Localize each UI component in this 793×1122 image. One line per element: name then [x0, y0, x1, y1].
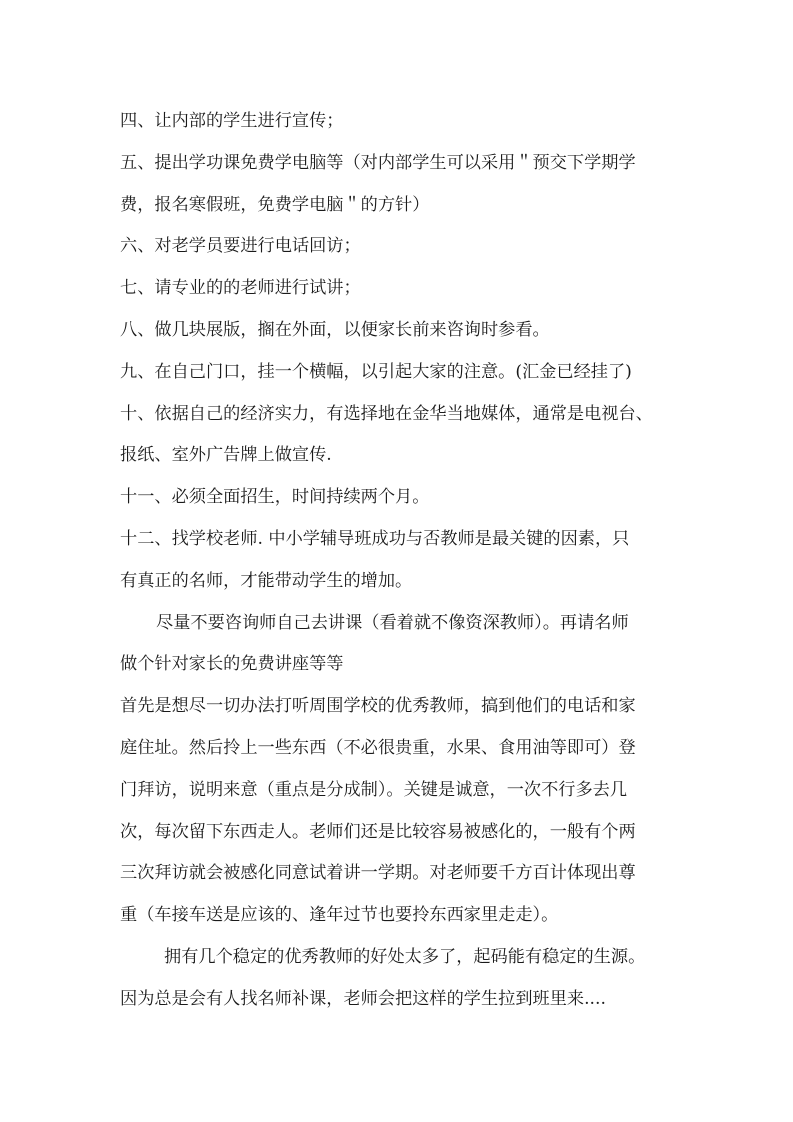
paragraph-2-line-4: 次，每次留下东西走人。老师们还是比较容易被感化的，一般有个两	[120, 812, 680, 854]
list-item-4: 四、让内部的学生进行宣传；	[120, 101, 680, 143]
list-item-11: 十一、必须全面招生，时间持续两个月。	[120, 477, 680, 519]
list-item-5: 五、提出学功课免费学电脑等（对内部学生可以采用＂预交下学期学	[120, 143, 680, 185]
list-item-7: 七、请专业的的老师进行试讲；	[120, 268, 680, 310]
paragraph-3-line-2: 因为总是会有人找名师补课，老师会把这样的学生拉到班里来....	[120, 979, 680, 1021]
list-item-5-cont: 费，报名寒假班，免费学电脑＂的方针）	[120, 185, 680, 227]
list-item-6: 六、对老学员要进行电话回访；	[120, 226, 680, 268]
document-page: 四、让内部的学生进行宣传； 五、提出学功课免费学电脑等（对内部学生可以采用＂预交…	[0, 0, 793, 1122]
list-item-9: 九、在自己门口，挂一个横幅，以引起大家的注意。(汇金已经挂了)	[120, 352, 680, 394]
list-item-12: 十二、找学校老师. 中小学辅导班成功与否教师是最关键的因素，只	[120, 519, 680, 561]
list-item-10-cont: 报纸、室外广告牌上做宣传.	[120, 435, 680, 477]
paragraph-2-line-3: 门拜访，说明来意（重点是分成制）。关键是诚意，一次不行多去几	[120, 770, 680, 812]
paragraph-2-line-5: 三次拜访就会被感化同意试着讲一学期。对老师要千方百计体现出尊	[120, 853, 680, 895]
paragraph-2-line-1: 首先是想尽一切办法打听周围学校的优秀教师，搞到他们的电话和家	[120, 686, 680, 728]
list-item-8: 八、做几块展版，搁在外面，以便家长前来咨询时参看。	[120, 310, 680, 352]
paragraph-2-line-6: 重（车接车送是应该的、逢年过节也要拎东西家里走走）。	[120, 895, 680, 937]
paragraph-1-line-1: 尽量不要咨询师自己去讲课（看着就不像资深教师）。再请名师	[120, 603, 680, 645]
paragraph-1-line-2: 做个针对家长的免费讲座等等	[120, 644, 680, 686]
paragraph-3-line-1: 拥有几个稳定的优秀教师的好处太多了，起码能有稳定的生源。	[120, 937, 680, 979]
list-item-10: 十、依据自己的经济实力，有选择地在金华当地媒体，通常是电视台、	[120, 394, 680, 436]
document-body: 四、让内部的学生进行宣传； 五、提出学功课免费学电脑等（对内部学生可以采用＂预交…	[120, 101, 680, 1021]
paragraph-2-line-2: 庭住址。然后拎上一些东西（不必很贵重，水果、食用油等即可）登	[120, 728, 680, 770]
list-item-12-cont: 有真正的名师，才能带动学生的增加。	[120, 561, 680, 603]
